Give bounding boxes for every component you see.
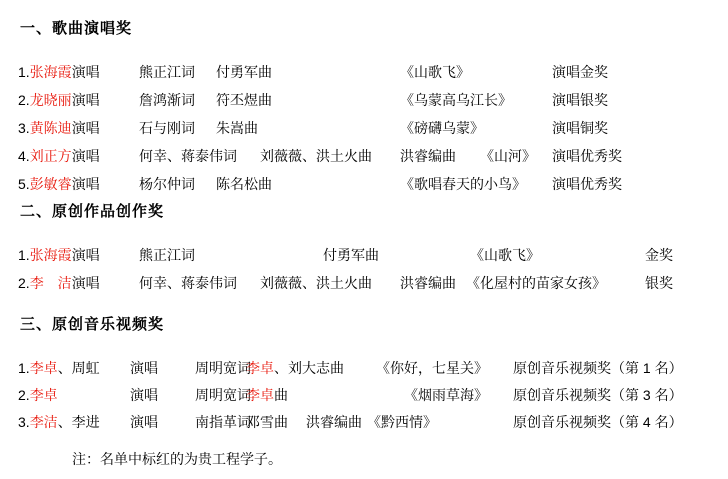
text-segment: 原创音乐视频奖（第 1 名） <box>513 360 683 376</box>
text-segment: 原创音乐视频奖（第 4 名） <box>513 414 683 430</box>
text-segment: 符丕煜曲 <box>216 92 272 108</box>
cell-lyricist: 詹鸿渐词 <box>139 90 195 110</box>
highlighted-name: 黄陈迪 <box>30 120 72 136</box>
text-segment: 何幸、蒋泰伟词 <box>139 275 237 291</box>
cell-lyricist: 周明宽词 <box>195 385 251 405</box>
text-segment: 刘薇薇、洪土火曲 <box>260 275 372 291</box>
award-row: 1.李卓、周虹演唱周明宽词李卓、刘大志曲《你好，七星关》原创音乐视频奖（第 1 … <box>0 358 728 376</box>
text-segment: 演唱 <box>72 148 100 164</box>
award-row: 2.李 洁演唱何幸、蒋泰伟词刘薇薇、洪土火曲洪睿编曲《化屋村的苗家女孩》银奖 <box>0 273 728 291</box>
cell-composer: 邓雪曲 <box>246 412 288 432</box>
highlighted-name: 李卓 <box>246 360 274 376</box>
text-segment: 刘薇薇、洪土火曲 <box>260 148 372 164</box>
text-segment: 演唱 <box>72 92 100 108</box>
cell-singer: 3.黄陈迪演唱 <box>18 118 100 138</box>
cell-lyricist: 熊正江词 <box>139 62 195 82</box>
text-segment: 演唱金奖 <box>552 64 608 80</box>
cell-arranger: 洪睿编曲 <box>306 412 362 432</box>
cell-award: 演唱银奖 <box>552 90 608 110</box>
highlighted-name: 龙晓丽 <box>30 92 72 108</box>
text-segment: 石与刚词 <box>139 120 195 136</box>
text-segment: 熊正江词 <box>139 64 195 80</box>
text-segment: 1. <box>18 247 30 263</box>
text-segment: 陈名松曲 <box>216 176 272 192</box>
text-segment: 2. <box>18 275 30 291</box>
text-segment: 付勇军曲 <box>323 247 379 263</box>
cell-performs-label: 演唱 <box>130 358 158 378</box>
text-segment: 原创音乐视频奖（第 3 名） <box>513 387 683 403</box>
cell-composer: 李卓、刘大志曲 <box>246 358 344 378</box>
award-row: 3.李洁、李进演唱南指革词邓雪曲洪睿编曲《黔西情》原创音乐视频奖（第 4 名） <box>0 412 728 430</box>
text-segment: 银奖 <box>645 275 673 291</box>
award-row: 2.李卓演唱周明宽词李卓曲《烟雨草海》原创音乐视频奖（第 3 名） <box>0 385 728 403</box>
highlighted-name: 张海霞 <box>30 64 72 80</box>
text-segment: 周明宽词 <box>195 360 251 376</box>
cell-composer: 刘薇薇、洪土火曲 <box>260 273 372 293</box>
text-segment: 1. <box>18 64 30 80</box>
award-row: 4.刘正方演唱何幸、蒋泰伟词刘薇薇、洪土火曲洪睿编曲《山河》演唱优秀奖 <box>0 146 728 164</box>
cell-singer: 4.刘正方演唱 <box>18 146 100 166</box>
cell-lyricist: 周明宽词 <box>195 358 251 378</box>
footnote: 注：名单中标红的为贵工程学子。 <box>72 449 282 469</box>
award-row: 5.彭敏睿演唱杨尔仲词陈名松曲《歌唱春天的小鸟》演唱优秀奖 <box>0 174 728 192</box>
highlighted-name: 刘正方 <box>30 148 72 164</box>
cell-arranger: 洪睿编曲 <box>400 146 456 166</box>
cell-singer: 1.张海霞演唱 <box>18 245 100 265</box>
text-segment: 3. <box>18 120 30 136</box>
highlighted-name: 李卓 <box>30 360 58 376</box>
cell-lyricist: 何幸、蒋泰伟词 <box>139 146 237 166</box>
cell-song-title: 《山歌飞》 <box>400 62 470 82</box>
cell-award: 原创音乐视频奖（第 4 名） <box>513 412 683 432</box>
text-segment: 金奖 <box>645 247 673 263</box>
cell-arranger: 洪睿编曲 <box>400 273 456 293</box>
cell-performers: 2.李卓 <box>18 385 58 405</box>
document-page: 一、歌曲演唱奖1.张海霞演唱熊正江词付勇军曲《山歌飞》演唱金奖2.龙晓丽演唱詹鸿… <box>0 0 728 479</box>
cell-performs-label: 演唱 <box>130 412 158 432</box>
cell-lyricist: 南指革词 <box>195 412 251 432</box>
cell-singer: 5.彭敏睿演唱 <box>18 174 100 194</box>
text-segment: 2. <box>18 92 30 108</box>
text-segment: 《山歌飞》 <box>470 247 540 263</box>
text-segment: 《磅礴乌蒙》 <box>400 120 484 136</box>
text-segment: 演唱优秀奖 <box>552 176 622 192</box>
text-segment: 《乌蒙高乌江长》 <box>400 92 512 108</box>
text-segment: 《化屋村的苗家女孩》 <box>466 275 606 291</box>
text-segment: 詹鸿渐词 <box>139 92 195 108</box>
text-segment: 演唱 <box>130 360 158 376</box>
award-row: 2.龙晓丽演唱詹鸿渐词符丕煜曲《乌蒙高乌江长》演唱银奖 <box>0 90 728 108</box>
cell-award: 金奖 <box>645 245 673 265</box>
text-segment: 演唱 <box>72 64 100 80</box>
cell-composer: 刘薇薇、洪土火曲 <box>260 146 372 166</box>
cell-song-title: 《磅礴乌蒙》 <box>400 118 484 138</box>
text-segment: 朱嵩曲 <box>216 120 258 136</box>
section-title-3: 三、原创音乐视频奖 <box>20 313 164 334</box>
cell-song-title: 《烟雨草海》 <box>404 385 488 405</box>
cell-performers: 1.李卓、周虹 <box>18 358 100 378</box>
cell-singer: 2.龙晓丽演唱 <box>18 90 100 110</box>
text-segment: 洪睿编曲 <box>400 275 456 291</box>
cell-song-title: 《乌蒙高乌江长》 <box>400 90 512 110</box>
section-title-2: 二、原创作品创作奖 <box>20 200 164 221</box>
award-row: 1.张海霞演唱熊正江词付勇军曲《山歌飞》金奖 <box>0 245 728 263</box>
cell-song-title: 《化屋村的苗家女孩》 <box>466 273 606 293</box>
text-segment: 4. <box>18 148 30 164</box>
cell-composer: 朱嵩曲 <box>216 118 258 138</box>
highlighted-name: 彭敏睿 <box>30 176 72 192</box>
text-segment: 演唱 <box>72 120 100 136</box>
cell-award: 原创音乐视频奖（第 1 名） <box>513 358 683 378</box>
text-segment: 《烟雨草海》 <box>404 387 488 403</box>
cell-composer: 陈名松曲 <box>216 174 272 194</box>
cell-song-title: 《山歌飞》 <box>470 245 540 265</box>
cell-composer: 李卓曲 <box>246 385 288 405</box>
highlighted-name: 李卓 <box>30 387 58 403</box>
cell-performs-label: 演唱 <box>130 385 158 405</box>
text-segment: 熊正江词 <box>139 247 195 263</box>
text-segment: 《山河》 <box>480 148 536 164</box>
cell-song-title: 《你好，七星关》 <box>376 358 488 378</box>
text-segment: 杨尔仲词 <box>139 176 195 192</box>
cell-composer: 付勇军曲 <box>216 62 272 82</box>
award-row: 1.张海霞演唱熊正江词付勇军曲《山歌飞》演唱金奖 <box>0 62 728 80</box>
cell-performers: 3.李洁、李进 <box>18 412 100 432</box>
text-segment: 何幸、蒋泰伟词 <box>139 148 237 164</box>
text-segment: 《你好，七星关》 <box>376 360 488 376</box>
cell-singer: 2.李 洁演唱 <box>18 273 100 293</box>
cell-song-title: 《山河》 <box>480 146 536 166</box>
highlighted-name: 李洁 <box>30 414 58 430</box>
cell-lyricist: 熊正江词 <box>139 245 195 265</box>
cell-award: 演唱金奖 <box>552 62 608 82</box>
cell-composer: 付勇军曲 <box>323 245 379 265</box>
text-segment: 洪睿编曲 <box>400 148 456 164</box>
text-segment: 、刘大志曲 <box>274 360 344 376</box>
cell-singer: 1.张海霞演唱 <box>18 62 100 82</box>
cell-award: 演唱优秀奖 <box>552 174 622 194</box>
cell-award: 演唱优秀奖 <box>552 146 622 166</box>
text-segment: 曲 <box>274 387 288 403</box>
text-segment: 演唱优秀奖 <box>552 148 622 164</box>
text-segment: 邓雪曲 <box>246 414 288 430</box>
cell-award: 原创音乐视频奖（第 3 名） <box>513 385 683 405</box>
text-segment: 演唱铜奖 <box>552 120 608 136</box>
text-segment: 5. <box>18 176 30 192</box>
award-row: 3.黄陈迪演唱石与刚词朱嵩曲《磅礴乌蒙》演唱铜奖 <box>0 118 728 136</box>
cell-composer: 符丕煜曲 <box>216 90 272 110</box>
cell-lyricist: 石与刚词 <box>139 118 195 138</box>
text-segment: 、周虹 <box>58 360 100 376</box>
text-segment: 南指革词 <box>195 414 251 430</box>
text-segment: 演唱 <box>72 176 100 192</box>
text-segment: 演唱 <box>72 275 100 291</box>
text-segment: 3. <box>18 414 30 430</box>
cell-lyricist: 杨尔仲词 <box>139 174 195 194</box>
text-segment: 《黔西情》 <box>367 414 437 430</box>
text-segment: 演唱 <box>130 414 158 430</box>
highlighted-name: 张海霞 <box>30 247 72 263</box>
section-title-1: 一、歌曲演唱奖 <box>20 17 132 38</box>
text-segment: 演唱 <box>72 247 100 263</box>
text-segment: 2. <box>18 387 30 403</box>
cell-lyricist: 何幸、蒋泰伟词 <box>139 273 237 293</box>
text-segment: 1. <box>18 360 30 376</box>
cell-award: 银奖 <box>645 273 673 293</box>
text-segment: 、李进 <box>58 414 100 430</box>
text-segment: 付勇军曲 <box>216 64 272 80</box>
cell-song-title: 《黔西情》 <box>367 412 437 432</box>
text-segment: 《山歌飞》 <box>400 64 470 80</box>
text-segment: 演唱银奖 <box>552 92 608 108</box>
text-segment: 洪睿编曲 <box>306 414 362 430</box>
highlighted-name: 李卓 <box>246 387 274 403</box>
cell-song-title: 《歌唱春天的小鸟》 <box>400 174 526 194</box>
text-segment: 《歌唱春天的小鸟》 <box>400 176 526 192</box>
text-segment: 演唱 <box>130 387 158 403</box>
text-segment: 周明宽词 <box>195 387 251 403</box>
highlighted-name: 李 洁 <box>30 275 72 291</box>
cell-award: 演唱铜奖 <box>552 118 608 138</box>
